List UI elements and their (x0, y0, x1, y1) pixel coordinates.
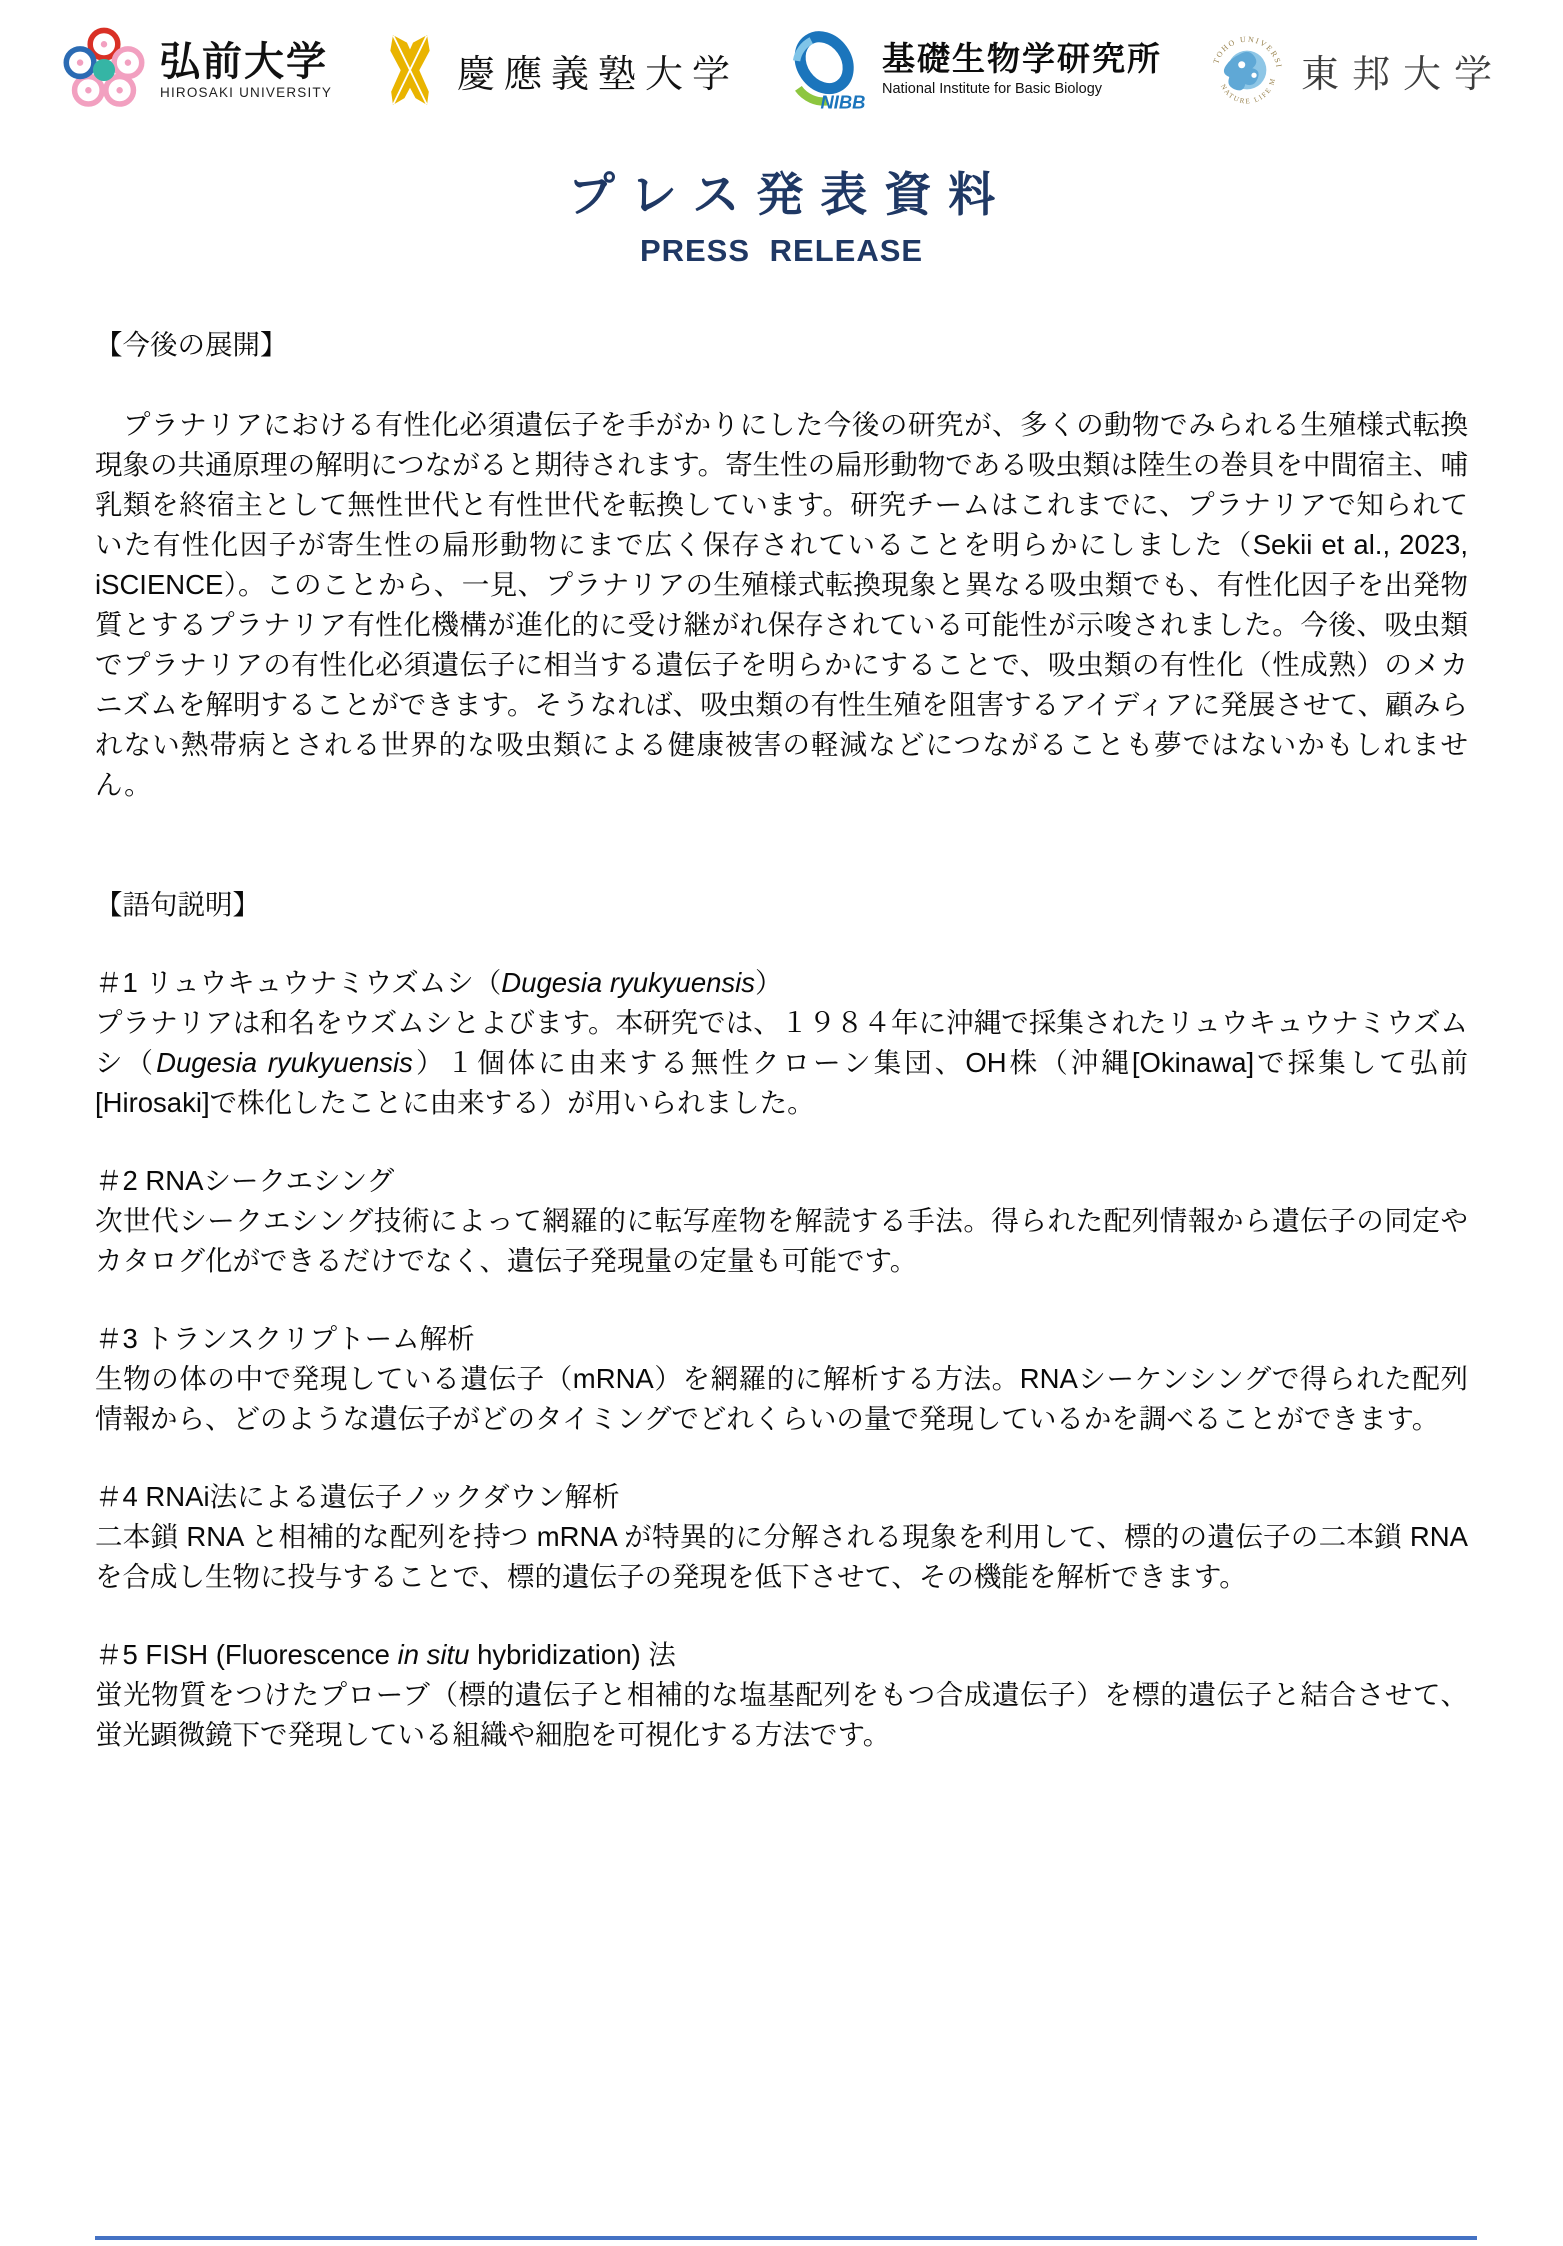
nibb-logo: NIBB 基礎生物学研究所 National Institute for Bas… (780, 24, 1162, 116)
toho-emblem-icon: TOHO UNIVERSITY NATURE LIFE MAN (1203, 26, 1291, 114)
glossary-desc: 生物の体の中で発現している遺伝子（mRNA）を網羅的に解析する方法。RNAシーケ… (95, 1359, 1468, 1439)
glossary-entry-4: ＃4 RNAi法による遺伝子ノックダウン解析 二本鎖 RNA と相補的な配列を持… (95, 1477, 1468, 1597)
glossary-term: ＃1 リュウキュウナミウズムシ（Dugesia ryukyuensis） (95, 963, 1468, 1003)
glossary-term: ＃4 RNAi法による遺伝子ノックダウン解析 (95, 1477, 1468, 1517)
keio-name-jp: 慶應義塾大学 (457, 43, 739, 98)
svg-text:NIBB: NIBB (820, 92, 865, 113)
nibb-name-en: National Institute for Basic Biology (882, 81, 1162, 97)
glossary-desc: 蛍光物質をつけたプローブ（標的遺伝子と相補的な塩基配列をもつ合成遺伝子）を標的遺… (95, 1675, 1468, 1755)
page-title: プレス発表資料 (0, 158, 1563, 225)
footer-rule (95, 2236, 1477, 2240)
hirosaki-name-en: HIROSAKI UNIVERSITY (160, 85, 332, 100)
keio-university-logo: 慶應義塾大学 (373, 27, 739, 113)
header-logos: 弘前大学 HIROSAKI UNIVERSITY (0, 0, 1563, 122)
glossary-desc: 二本鎖 RNA と相補的な配列を持つ mRNA が特異的に分解される現象を利用し… (95, 1517, 1468, 1597)
toho-university-logo: TOHO UNIVERSITY NATURE LIFE MAN 東邦大学 (1203, 26, 1505, 114)
glossary-entry-5: ＃5 FISH (Fluorescence in situ hybridizat… (95, 1635, 1468, 1755)
glossary-entry-1: ＃1 リュウキュウナミウズムシ（Dugesia ryukyuensis） プラナ… (95, 963, 1468, 1123)
hirosaki-university-logo: 弘前大学 HIROSAKI UNIVERSITY (58, 24, 332, 116)
glossary-term: ＃2 RNAシークエシング (95, 1161, 1468, 1201)
toho-name-jp: 東邦大学 (1301, 43, 1505, 98)
hirosaki-flower-icon (58, 24, 150, 116)
glossary-entry-2: ＃2 RNAシークエシング 次世代シークエシング技術によって網羅的に転写産物を解… (95, 1161, 1468, 1281)
glossary-term: ＃5 FISH (Fluorescence in situ hybridizat… (95, 1635, 1468, 1675)
glossary-desc: 次世代シークエシング技術によって網羅的に転写産物を解読する手法。得られた配列情報… (95, 1201, 1468, 1281)
press-release-page: 弘前大学 HIROSAKI UNIVERSITY (0, 0, 1563, 2246)
future-paragraph: プラナリアにおける有性化必須遺伝子を手がかりにした今後の研究が、多くの動物でみら… (95, 405, 1468, 805)
press-release-subtitle: PRESS RELEASE (0, 233, 1563, 269)
glossary-term: ＃3 トランスクリプトーム解析 (95, 1319, 1468, 1359)
document-body: 【今後の展開】 プラナリアにおける有性化必須遺伝子を手がかりにした今後の研究が、… (95, 325, 1468, 1755)
keio-crossed-pens-icon (373, 27, 447, 113)
nibb-ring-icon: NIBB (780, 24, 872, 116)
section-glossary-heading: 【語句説明】 (95, 885, 1468, 925)
section-future-heading: 【今後の展開】 (95, 325, 1468, 365)
glossary-desc: プラナリアは和名をウズムシとよびます。本研究では、１９８４年に沖縄で採集されたリ… (95, 1003, 1468, 1123)
glossary-entry-3: ＃3 トランスクリプトーム解析 生物の体の中で発現している遺伝子（mRNA）を網… (95, 1319, 1468, 1439)
nibb-name-jp: 基礎生物学研究所 (882, 43, 1162, 78)
hirosaki-name-jp: 弘前大学 (160, 41, 332, 83)
